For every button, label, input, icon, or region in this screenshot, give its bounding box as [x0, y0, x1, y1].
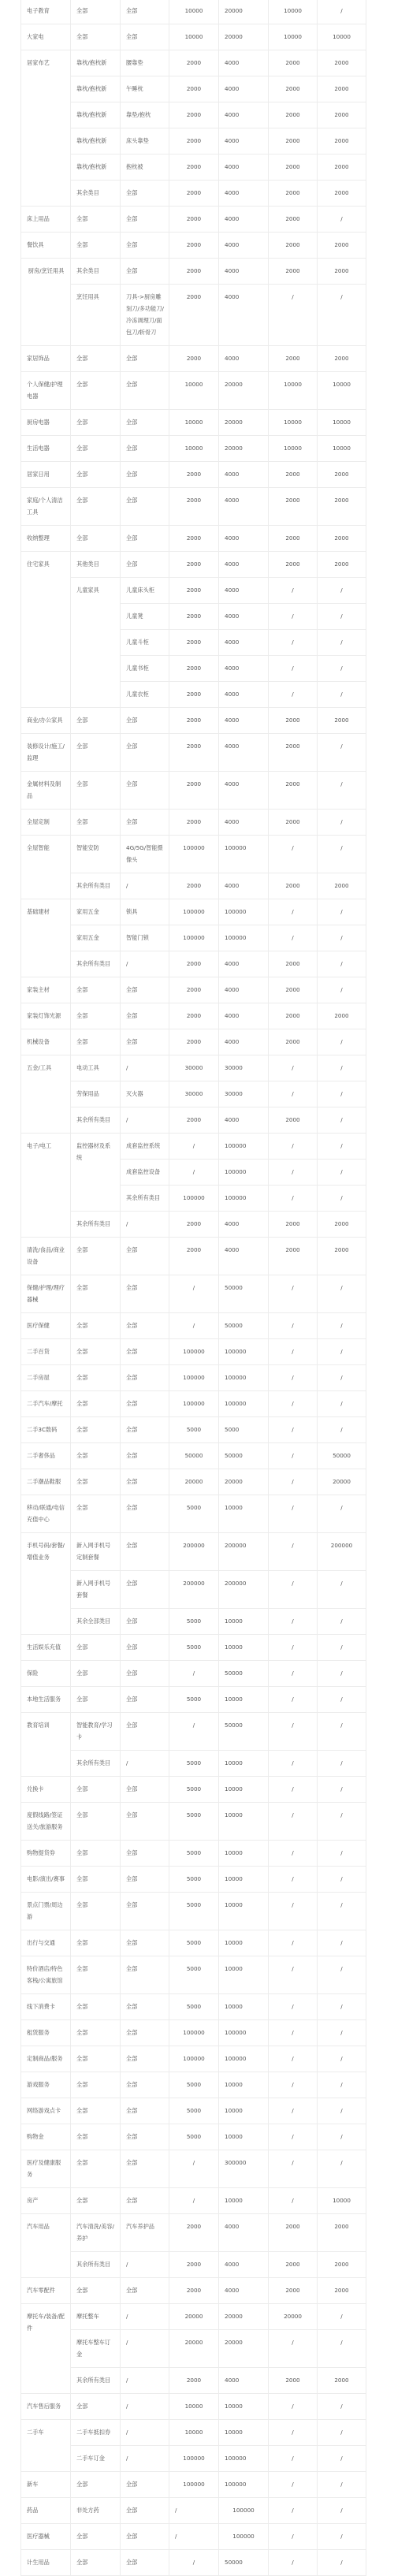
deposit-value-4-cell: /: [318, 1107, 366, 1134]
deposit-value-4-cell: /: [318, 1339, 366, 1365]
category-level3-cell: /: [121, 873, 169, 899]
deposit-value-3-cell: /: [269, 2330, 318, 2368]
table-row: 新车全部全部100000100000//: [21, 2472, 366, 2498]
category-level2-cell: 新入网手机号定制套餐: [71, 1533, 121, 1571]
deposit-value-2-cell: 4000: [219, 1003, 269, 1029]
category-level1-cell: 家庭/个人清洁工具: [21, 488, 71, 526]
deposit-value-1-cell: 2000: [169, 552, 219, 578]
category-level2-cell: 全部: [71, 462, 121, 488]
deposit-value-4-cell: /: [318, 2046, 366, 2072]
category-level3-cell: 儿童斗柜: [121, 630, 169, 656]
deposit-value-1-cell: 200000: [169, 1533, 219, 1571]
deposit-value-2-cell: 10000: [219, 1687, 269, 1713]
category-level2-cell: 全部: [71, 1238, 121, 1275]
deposit-value-1-cell: 2000: [169, 1107, 219, 1134]
deposit-value-4-cell: 10000: [318, 24, 366, 50]
category-level3-cell: 全部: [121, 1313, 169, 1339]
deposit-value-2-cell: 20000: [219, 0, 269, 24]
table-row: 二手潮品鞋服全部全部2000020000/20000: [21, 1469, 366, 1495]
category-level2-cell: 全部: [71, 1841, 121, 1867]
category-level1-cell: 收纳整理: [21, 526, 71, 552]
category-level3-cell: 全部: [121, 1417, 169, 1443]
deposit-value-4-cell: /: [318, 1661, 366, 1687]
deposit-value-1-cell: 5000: [169, 1956, 219, 1994]
deposit-value-4-cell: /: [318, 1751, 366, 1777]
table-row: 汽车用品汽车清洗/美容/养护汽车养护品2000400020002000: [21, 2214, 366, 2252]
category-level3-cell: 儿童床头柜: [121, 578, 169, 604]
category-level3-cell: 全部: [121, 977, 169, 1003]
deposit-value-2-cell: 4000: [219, 285, 269, 346]
deposit-value-4-cell: /: [318, 0, 366, 24]
deposit-value-4-cell: /: [318, 1777, 366, 1803]
deposit-value-3-cell: /: [269, 1313, 318, 1339]
category-level2-cell: 全部: [71, 1313, 121, 1339]
deposit-value-3-cell: /: [269, 2020, 318, 2046]
deposit-value-1-cell: 2000: [169, 772, 219, 810]
deposit-value-3-cell: 2000: [269, 207, 318, 233]
deposit-value-1-cell: 5000: [169, 1777, 219, 1803]
category-level3-cell: 全部: [121, 1893, 169, 1930]
category-level1-cell: 摩托车/装备/配件: [21, 2304, 71, 2394]
deposit-value-1-cell: 10000: [169, 372, 219, 410]
deposit-value-2-cell: 4000: [219, 708, 269, 734]
deposit-value-3-cell: /: [269, 578, 318, 604]
deposit-value-3-cell: /: [269, 1635, 318, 1661]
deposit-value-2-cell: 20000: [219, 1469, 269, 1495]
table-row: 电子/电工监控器材及系统成套监控系统/100000//: [21, 1134, 366, 1160]
deposit-value-3-cell: /: [269, 2420, 318, 2446]
deposit-value-3-cell: /: [269, 2472, 318, 2498]
category-level2-cell: 其余所有类目: [71, 2252, 121, 2278]
table-row: 装修设计/施工/监理全部全部200040002000/: [21, 734, 366, 772]
deposit-value-4-cell: /: [318, 836, 366, 873]
deposit-value-3-cell: /: [269, 1186, 318, 1212]
category-level3-cell: 全部: [121, 772, 169, 810]
category-level3-cell: 全部: [121, 1777, 169, 1803]
category-level2-cell: 全部: [71, 526, 121, 552]
category-level2-cell: 全部: [71, 24, 121, 50]
deposit-value-3-cell: 10000: [269, 410, 318, 436]
deposit-value-4-cell: /: [318, 951, 366, 977]
category-level1-cell: 家居饰品: [21, 346, 71, 372]
deposit-value-4-cell: /: [318, 1313, 366, 1339]
category-level3-cell: 全部: [121, 462, 169, 488]
category-level1-cell: 二手汽车/摩托: [21, 1391, 71, 1417]
deposit-value-1-cell: 2000: [169, 128, 219, 154]
category-level1-cell: 电子/电工: [21, 1134, 71, 1238]
category-level3-cell: 抱枕被: [121, 154, 169, 181]
deposit-value-1-cell: 2000: [169, 207, 219, 233]
category-level3-cell: 全部: [121, 2550, 169, 2576]
deposit-value-4-cell: /: [318, 2472, 366, 2498]
deposit-value-3-cell: 2000: [269, 1107, 318, 1134]
deposit-value-2-cell: 4000: [219, 810, 269, 836]
deposit-value-2-cell: 4000: [219, 346, 269, 372]
table-row: 靠枕/抱枕新床头靠垫2000400020002000: [21, 128, 366, 154]
deposit-value-1-cell: 2000: [169, 233, 219, 259]
deposit-value-2-cell: 50000: [219, 1713, 269, 1751]
category-level2-cell: 二手车抵扣券: [71, 2420, 121, 2446]
deposit-value-3-cell: /: [269, 1956, 318, 1994]
deposit-value-4-cell: /: [318, 1841, 366, 1867]
table-row: 靠枕/抱枕新抱枕被2000400020002000: [21, 154, 366, 181]
deposit-value-3-cell: 2000: [269, 102, 318, 128]
deposit-value-2-cell: 4000: [219, 76, 269, 102]
category-level2-cell: 其余所有类目: [71, 1107, 121, 1134]
category-level2-cell: 全部: [71, 1365, 121, 1391]
category-level2-cell: 新入网手机号套餐: [71, 1571, 121, 1609]
table-row: 靠枕/抱枕新午睡枕2000400020002000: [21, 76, 366, 102]
category-level1-cell: 医疗及健康服务: [21, 2150, 71, 2188]
category-level2-cell: 全部: [71, 977, 121, 1003]
category-level3-cell: /: [121, 2394, 169, 2420]
category-level1-cell: 汽车零配件: [21, 2278, 71, 2304]
deposit-value-4-cell: /: [318, 1029, 366, 1055]
table-row: 定制商品/服务全部全部100000100000//: [21, 2046, 366, 2072]
category-level3-cell: 床头靠垫: [121, 128, 169, 154]
category-level3-cell: /: [121, 2304, 169, 2330]
category-level2-cell: 全部: [71, 1803, 121, 1841]
deposit-value-1-cell: /: [169, 2524, 219, 2550]
category-level2-cell: 全部: [71, 1469, 121, 1495]
deposit-value-4-cell: 2000: [318, 1238, 366, 1275]
table-row: 特价酒店/特色客栈/公寓旅馆全部全部500010000//: [21, 1956, 366, 1994]
category-level1-cell: 二手奢侈品: [21, 1443, 71, 1469]
category-level3-cell: 全部: [121, 1571, 169, 1609]
deposit-value-4-cell: /: [318, 1081, 366, 1107]
table-row: 家居饰品全部全部2000400020002000: [21, 346, 366, 372]
category-level2-cell: 靠枕/抱枕新: [71, 154, 121, 181]
deposit-value-1-cell: /: [169, 1134, 219, 1160]
category-level2-cell: 全部: [71, 2098, 121, 2124]
deposit-value-1-cell: 2000: [169, 734, 219, 772]
category-level2-cell: 摩托车整车订金: [71, 2330, 121, 2368]
deposit-value-4-cell: /: [318, 772, 366, 810]
deposit-value-2-cell: 4000: [219, 488, 269, 526]
deposit-value-1-cell: /: [169, 2188, 219, 2214]
category-level1-cell: 定制商品/服务: [21, 2046, 71, 2072]
category-level3-cell: 全部: [121, 1841, 169, 1867]
deposit-value-2-cell: 4000: [219, 50, 269, 76]
table-row: 线下消费卡全部全部500010000//: [21, 1994, 366, 2020]
category-level1-cell: 五金/工具: [21, 1055, 71, 1134]
category-deposit-table: 电子教育全部全部100002000010000/大家电全部全部100002000…: [20, 0, 366, 2576]
deposit-value-2-cell: 4000: [219, 462, 269, 488]
deposit-value-1-cell: 2000: [169, 50, 219, 76]
deposit-value-2-cell: 10000: [219, 1803, 269, 1841]
deposit-value-2-cell: 4000: [219, 154, 269, 181]
category-level1-cell: 全屋定制: [21, 810, 71, 836]
deposit-value-2-cell: 100000: [219, 1365, 269, 1391]
deposit-value-3-cell: /: [269, 2124, 318, 2150]
deposit-value-1-cell: 2000: [169, 462, 219, 488]
category-level3-cell: 全部: [121, 810, 169, 836]
deposit-value-3-cell: /: [269, 1134, 318, 1160]
deposit-value-4-cell: /: [318, 2498, 366, 2524]
deposit-value-2-cell: 100000: [219, 1160, 269, 1186]
deposit-value-3-cell: /: [269, 2524, 318, 2550]
category-level2-cell: 二手车订金: [71, 2446, 121, 2472]
deposit-value-1-cell: 5000: [169, 1417, 219, 1443]
deposit-value-3-cell: /: [269, 1930, 318, 1956]
table-row: 医疗及健康服务全部全部/300000//: [21, 2150, 366, 2188]
table-row: 医疗保健全部全部/50000//: [21, 1313, 366, 1339]
deposit-value-1-cell: 2000: [169, 873, 219, 899]
category-level3-cell: 儿童凳: [121, 604, 169, 630]
table-row: 二手车二手车抵扣券/1000010000//: [21, 2420, 366, 2446]
deposit-value-4-cell: /: [318, 207, 366, 233]
category-level3-cell: /: [121, 2330, 169, 2368]
category-level3-cell: 锁具: [121, 899, 169, 925]
category-level2-cell: 全部: [71, 1391, 121, 1417]
deposit-value-4-cell: /: [318, 810, 366, 836]
category-level3-cell: 全部: [121, 207, 169, 233]
deposit-value-4-cell: /: [318, 2304, 366, 2330]
deposit-value-2-cell: 100000: [219, 1134, 269, 1160]
category-level1-cell: 医疗器械: [21, 2524, 71, 2550]
table-row: 教育培训智能教育/学习卡全部/50000//: [21, 1713, 366, 1751]
deposit-value-2-cell: 50000: [219, 2550, 269, 2576]
category-level1-cell: 二手车: [21, 2420, 71, 2472]
deposit-value-1-cell: 2000: [169, 578, 219, 604]
deposit-value-4-cell: /: [318, 1186, 366, 1212]
category-level1-cell: 床上用品: [21, 207, 71, 233]
category-level3-cell: 全部: [121, 1930, 169, 1956]
deposit-value-2-cell: 20000: [219, 24, 269, 50]
deposit-value-2-cell: 4000: [219, 734, 269, 772]
category-level2-cell: 家用五金: [71, 899, 121, 925]
category-level2-cell: 烹饪用具: [71, 285, 121, 346]
deposit-value-4-cell: /: [318, 2550, 366, 2576]
deposit-value-3-cell: 2000: [269, 1029, 318, 1055]
table-row: 全屋定制全部全部200040002000/: [21, 810, 366, 836]
deposit-value-3-cell: /: [269, 1867, 318, 1893]
deposit-value-3-cell: /: [269, 1391, 318, 1417]
deposit-value-1-cell: 100000: [169, 2446, 219, 2472]
deposit-value-1-cell: 100000: [169, 1339, 219, 1365]
table-row: 计生用品全部全部/50000//: [21, 2550, 366, 2576]
deposit-value-4-cell: /: [318, 1055, 366, 1081]
category-level2-cell: 全部: [71, 1443, 121, 1469]
deposit-value-4-cell: /: [318, 1275, 366, 1313]
deposit-value-2-cell: 4000: [219, 604, 269, 630]
table-row: 本地生活服务全部全部500010000//: [21, 1687, 366, 1713]
category-level2-cell: 监控器材及系统: [71, 1134, 121, 1212]
deposit-value-4-cell: 2000: [318, 2252, 366, 2278]
deposit-value-3-cell: /: [269, 1533, 318, 1571]
category-level2-cell: 其余所有类目: [71, 1751, 121, 1777]
category-level2-cell: 摩托整车: [71, 2304, 121, 2330]
category-level3-cell: /: [121, 951, 169, 977]
category-level2-cell: 全部: [71, 810, 121, 836]
table-row: 出行与交通全部全部500010000//: [21, 1930, 366, 1956]
deposit-value-1-cell: 200000: [169, 1571, 219, 1609]
deposit-value-3-cell: 2000: [269, 76, 318, 102]
deposit-value-4-cell: /: [318, 1365, 366, 1391]
deposit-value-4-cell: 2000: [318, 346, 366, 372]
deposit-value-1-cell: /: [169, 2498, 219, 2524]
category-level3-cell: 全部: [121, 410, 169, 436]
category-level3-cell: 全部: [121, 1687, 169, 1713]
deposit-value-2-cell: 10000: [219, 2098, 269, 2124]
category-level1-cell: 租赁服务: [21, 2020, 71, 2046]
deposit-value-3-cell: 10000: [269, 436, 318, 462]
deposit-value-3-cell: 2000: [269, 873, 318, 899]
category-level3-cell: 全部: [121, 2188, 169, 2214]
category-level2-cell: 全部: [71, 1956, 121, 1994]
deposit-value-3-cell: /: [269, 1713, 318, 1751]
deposit-value-1-cell: /: [169, 1313, 219, 1339]
table-row: 其余所有类目/2000400020002000: [21, 2252, 366, 2278]
category-level2-cell: 全部: [71, 1339, 121, 1365]
deposit-value-2-cell: 10000: [219, 2420, 269, 2446]
category-level3-cell: 全部: [121, 2124, 169, 2150]
category-level1-cell: 二手3C数码: [21, 1417, 71, 1443]
deposit-value-1-cell: 10000: [169, 410, 219, 436]
deposit-value-3-cell: /: [269, 899, 318, 925]
table-row: 保险全部全部/50000//: [21, 1661, 366, 1687]
deposit-value-3-cell: 2000: [269, 1212, 318, 1238]
deposit-value-3-cell: 2000: [269, 2278, 318, 2304]
deposit-value-3-cell: 2000: [269, 810, 318, 836]
deposit-value-3-cell: /: [269, 1417, 318, 1443]
table-row: 二手车订金/100000100000//: [21, 2446, 366, 2472]
category-level2-cell: 全部: [71, 1777, 121, 1803]
category-level2-cell: 儿童家具: [71, 578, 121, 708]
deposit-value-2-cell: 20000: [219, 372, 269, 410]
deposit-value-1-cell: 2000: [169, 526, 219, 552]
category-level3-cell: 刀具->厨房雕刻刀/多功能刀/冷冻调理刀/面包刀/斩骨刀: [121, 285, 169, 346]
category-level1-cell: 二手房屋: [21, 1365, 71, 1391]
deposit-value-1-cell: 5000: [169, 2098, 219, 2124]
category-level1-cell: 度假线路/签证送关/旅游服务: [21, 1803, 71, 1841]
deposit-value-3-cell: 2000: [269, 488, 318, 526]
category-level1-cell: 生活娱乐充值: [21, 1635, 71, 1661]
category-level2-cell: 全部: [71, 2524, 121, 2550]
table-row: 劳保用品灭火器3000030000//: [21, 1081, 366, 1107]
category-level2-cell: 其余所有类目: [71, 1212, 121, 1238]
deposit-value-2-cell: 100000: [219, 2472, 269, 2498]
category-level2-cell: 智能安防: [71, 836, 121, 873]
category-level1-cell: 家装主材: [21, 977, 71, 1003]
deposit-value-1-cell: 5000: [169, 2072, 219, 2098]
category-level3-cell: /: [121, 2368, 169, 2394]
category-level1-cell: 餐饮具: [21, 233, 71, 259]
category-level3-cell: 全部: [121, 1275, 169, 1313]
deposit-value-4-cell: /: [318, 1930, 366, 1956]
category-level3-cell: 全部: [121, 2472, 169, 2498]
category-level1-cell: 居家布艺: [21, 50, 71, 207]
deposit-value-4-cell: 2000: [318, 2368, 366, 2394]
deposit-value-2-cell: 4000: [219, 578, 269, 604]
category-level3-cell: 全部: [121, 708, 169, 734]
deposit-value-1-cell: 5000: [169, 1867, 219, 1893]
category-level1-cell: 药品: [21, 2498, 71, 2524]
deposit-value-3-cell: /: [269, 925, 318, 951]
category-level1-cell: 景点门票/周边游: [21, 1893, 71, 1930]
category-level3-cell: 全部: [121, 1003, 169, 1029]
deposit-value-2-cell: 10000: [219, 1867, 269, 1893]
category-level1-cell: 网络游戏点卡: [21, 2098, 71, 2124]
deposit-value-1-cell: /: [169, 1160, 219, 1186]
deposit-value-1-cell: 5000: [169, 1751, 219, 1777]
deposit-value-4-cell: /: [318, 656, 366, 682]
category-level2-cell: 全部: [71, 1661, 121, 1687]
deposit-value-1-cell: 100000: [169, 2020, 219, 2046]
category-level3-cell: 成套监控设备: [121, 1160, 169, 1186]
category-level3-cell: 全部: [121, 1391, 169, 1417]
deposit-value-2-cell: 100000: [219, 925, 269, 951]
deposit-value-3-cell: /: [269, 1339, 318, 1365]
category-level2-cell: 电动工具: [71, 1055, 121, 1081]
category-level3-cell: 全部: [121, 1956, 169, 1994]
table-row: 新入网手机号套餐全部200000200000//: [21, 1571, 366, 1609]
category-level2-cell: 全部: [71, 346, 121, 372]
deposit-value-3-cell: /: [269, 682, 318, 708]
deposit-value-3-cell: 2000: [269, 233, 318, 259]
deposit-value-4-cell: /: [318, 977, 366, 1003]
deposit-value-2-cell: 50000: [219, 1661, 269, 1687]
deposit-value-4-cell: 2000: [318, 128, 366, 154]
table-row: 购物提货券全部全部500010000//: [21, 1841, 366, 1867]
deposit-value-3-cell: /: [269, 1443, 318, 1469]
category-level3-cell: 全部: [121, 2498, 169, 2524]
category-level2-cell: 靠枕/抱枕新: [71, 50, 121, 76]
deposit-value-3-cell: /: [269, 1687, 318, 1713]
table-row: 二手奢侈品全部全部5000050000/50000: [21, 1443, 366, 1469]
deposit-value-2-cell: 4000: [219, 2214, 269, 2252]
category-level3-cell: 全部: [121, 1867, 169, 1893]
table-row: 家装主材全部全部200040002000/: [21, 977, 366, 1003]
category-level1-cell: 兑换卡: [21, 1777, 71, 1803]
category-level2-cell: 靠枕/抱枕新: [71, 128, 121, 154]
category-level1-cell: 厨房/烹饪用具: [21, 259, 71, 346]
deposit-value-3-cell: 2000: [269, 462, 318, 488]
deposit-value-4-cell: 10000: [318, 436, 366, 462]
category-level3-cell: 成套监控系统: [121, 1134, 169, 1160]
deposit-value-4-cell: /: [318, 2420, 366, 2446]
deposit-value-3-cell: /: [269, 1893, 318, 1930]
deposit-value-1-cell: 2000: [169, 102, 219, 128]
deposit-value-4-cell: /: [318, 682, 366, 708]
deposit-value-1-cell: 2000: [169, 2214, 219, 2252]
category-level2-cell: 全部: [71, 2278, 121, 2304]
deposit-value-1-cell: /: [169, 2150, 219, 2188]
deposit-value-4-cell: /: [318, 1609, 366, 1635]
category-level3-cell: 智能门锁: [121, 925, 169, 951]
deposit-value-1-cell: 100000: [169, 2046, 219, 2072]
deposit-value-1-cell: 100000: [169, 836, 219, 873]
deposit-value-3-cell: 2000: [269, 346, 318, 372]
category-level3-cell: /: [121, 1212, 169, 1238]
table-row: 购物金全部全部500010000//: [21, 2124, 366, 2150]
deposit-value-3-cell: /: [269, 1777, 318, 1803]
deposit-value-1-cell: 100000: [169, 2472, 219, 2498]
table-row: 其余所有类目/200040002000/: [21, 951, 366, 977]
table-row: 电影/演出/赛事全部全部500010000//: [21, 1867, 366, 1893]
category-level3-cell: 全部: [121, 488, 169, 526]
table-row: 收纳整理全部全部2000400020002000: [21, 526, 366, 552]
category-level2-cell: 靠枕/抱枕新: [71, 102, 121, 128]
deposit-value-2-cell: 4000: [219, 2368, 269, 2394]
table-row: 个人保健/护理电器全部全部10000200001000010000: [21, 372, 366, 410]
category-level3-cell: 全部: [121, 2046, 169, 2072]
table-row: 二手房屋全部全部100000100000//: [21, 1365, 366, 1391]
deposit-value-4-cell: /: [318, 2524, 366, 2550]
deposit-value-4-cell: /: [318, 1391, 366, 1417]
deposit-value-3-cell: /: [269, 656, 318, 682]
deposit-value-2-cell: 20000: [219, 436, 269, 462]
